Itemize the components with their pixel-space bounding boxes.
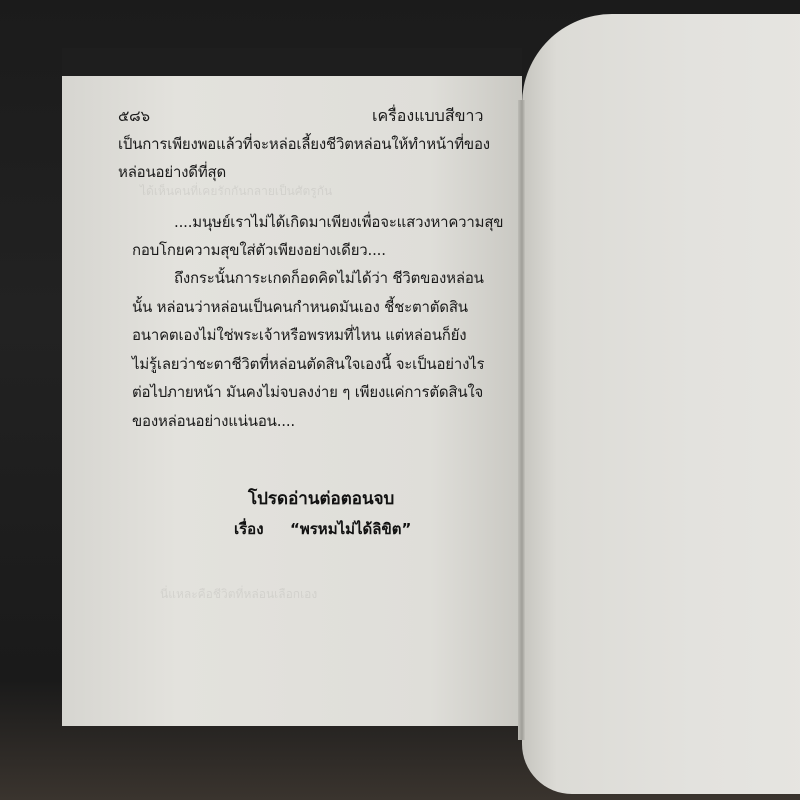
body-line: ต่อไปภายหน้า มันคงไม่จบลงง่าย ๆ เพียงแค่… xyxy=(132,380,483,404)
body-line: ของหล่อนอย่างแน่นอน.... xyxy=(132,409,295,433)
body-line: ถึงกระนั้นการะเกดก็อดคิดไม่ได้ว่า ชีวิตข… xyxy=(174,266,484,290)
right-blank-page xyxy=(522,14,800,794)
body-line: ไม่รู้เลยว่าชะตาชีวิตที่หล่อนตัดสินใจเอง… xyxy=(132,352,484,376)
book-gutter xyxy=(518,100,526,740)
body-line: ....มนุษย์เราไม่ได้เกิดมาเพียงเพื่อจะแสว… xyxy=(174,210,503,234)
body-line: หล่อนอย่างดีที่สุด xyxy=(118,160,226,184)
next-story-label: เรื่อง xyxy=(234,517,264,541)
body-line: อนาคตเองไม่ใช่พระเจ้าหรือพรหมที่ไหน แต่ห… xyxy=(132,323,466,347)
body-line: กอบโกยความสุขใส่ตัวเพียงอย่างเดียว.... xyxy=(132,238,386,262)
body-line: เป็นการเพียงพอแล้วที่จะหล่อเลี้ยงชีวิตหล… xyxy=(118,132,490,156)
next-story-title: “พรหมไม่ได้ลิขิต” xyxy=(290,517,411,541)
body-line: นั้น หล่อนว่าหล่อนเป็นคนกำหนดมันเอง ชี้ช… xyxy=(132,295,468,319)
running-title: เครื่องแบบสีขาว xyxy=(372,104,483,129)
page-number: ๕๘๖ xyxy=(118,104,150,128)
continuation-note: โปรดอ่านต่อตอนจบ xyxy=(248,485,394,512)
bleed-through-text: นี่แหละคือชีวิตที่หล่อนเลือกเอง xyxy=(160,585,317,604)
bleed-through-text: ได้เห็นคนที่เคยรักกันกลายเป็นศัตรูกัน xyxy=(140,182,332,201)
